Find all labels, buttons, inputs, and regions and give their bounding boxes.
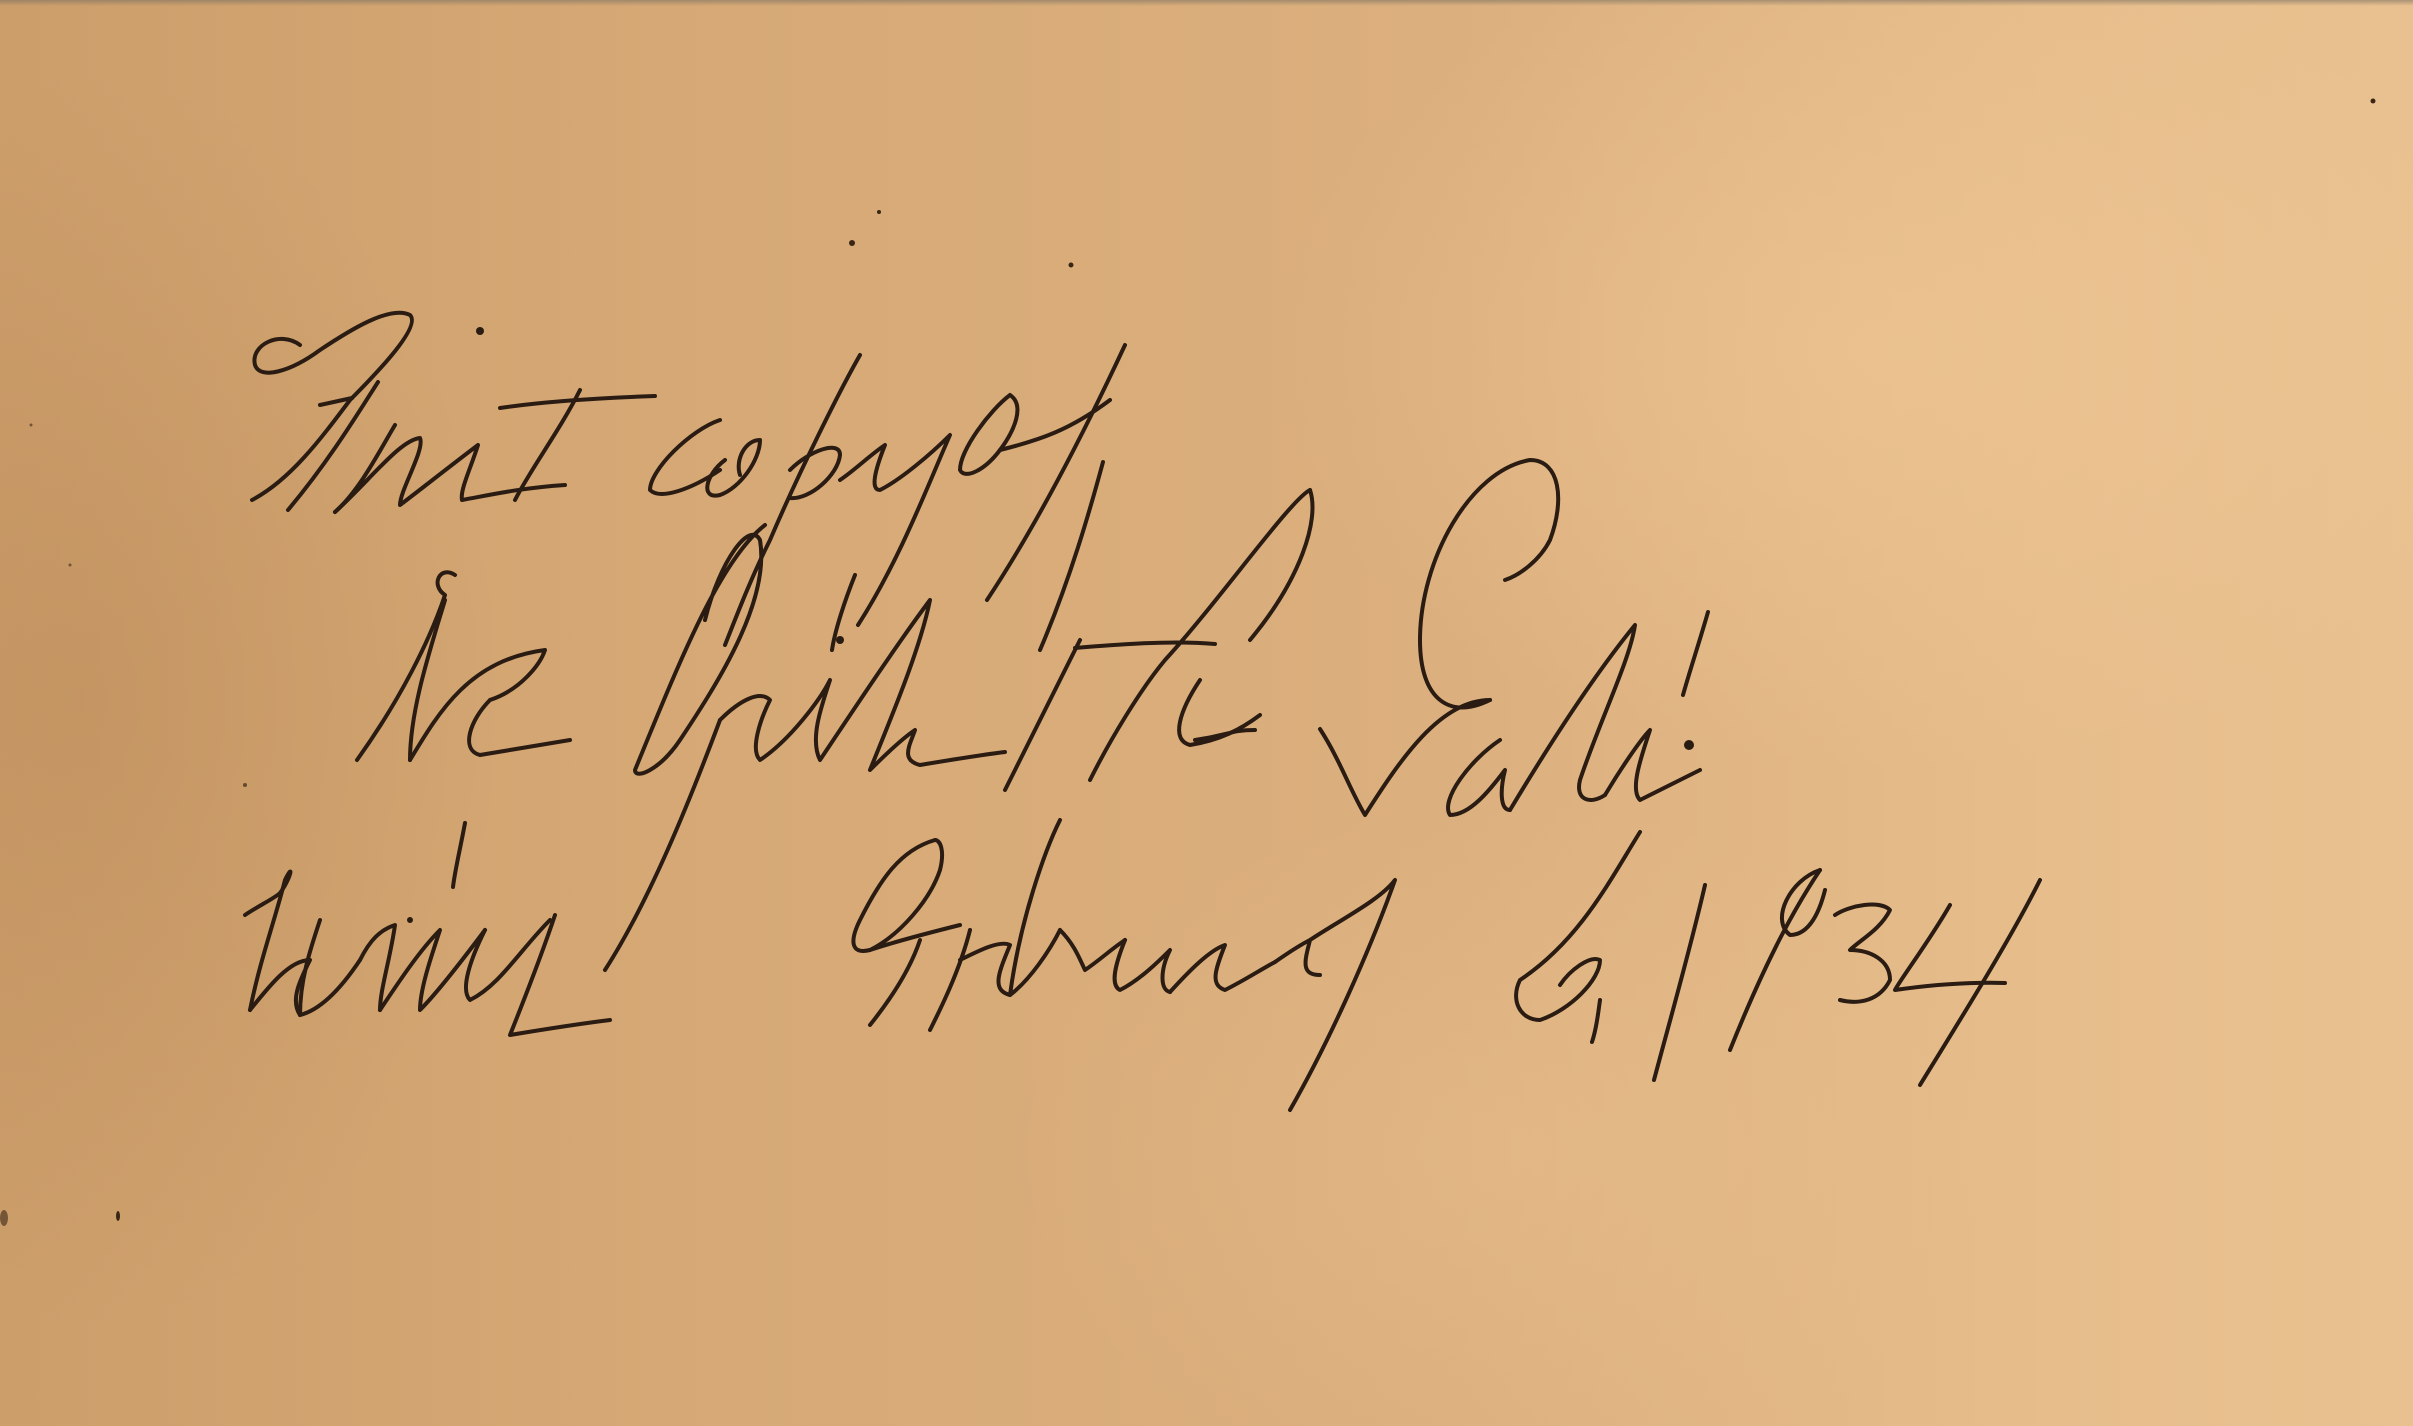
- aged-paper-page: First copy of We Ride the Gale! received…: [0, 0, 2413, 1426]
- handwriting-layer: [0, 0, 2413, 1426]
- handwriting-line-1: [252, 313, 1125, 645]
- handwriting-line-3: [245, 820, 2040, 1110]
- paper-specks: [0, 99, 2376, 1227]
